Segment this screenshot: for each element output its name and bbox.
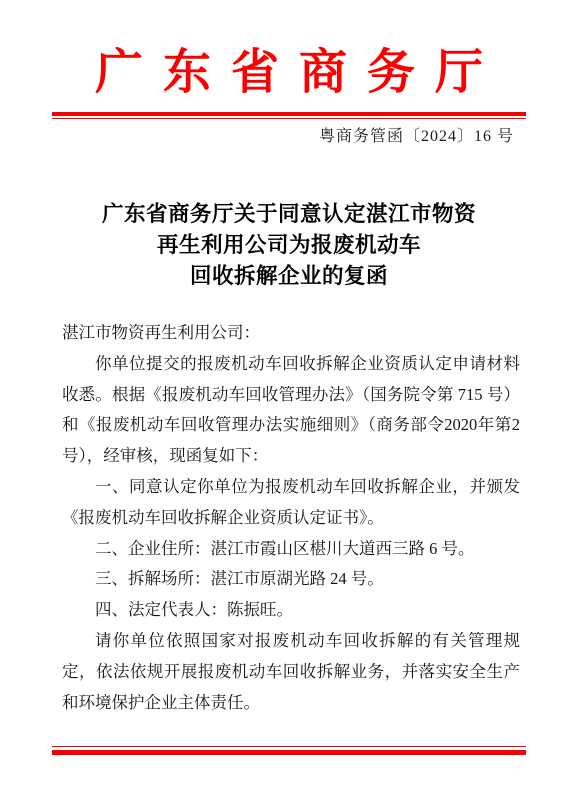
agency-letterhead: 广东省商务厅 [0, 33, 578, 102]
letter-title: 广东省商务厅关于同意认定湛江市物资 再生利用公司为报废机动车 回收拆解企业的复函 [0, 199, 578, 292]
body-paragraph-item-3: 三、拆解场所：湛江市原湖光路 24 号。 [62, 564, 520, 595]
letter-title-line-2: 再生利用公司为报废机动车 [0, 230, 578, 261]
body-paragraph-item-2: 二、企业住所：湛江市霞山区椹川大道西三路 6 号。 [62, 534, 520, 565]
body-paragraph-item-4: 四、法定代表人：陈振旺。 [62, 595, 520, 626]
letter-body: 湛江市物资再生利用公司： 你单位提交的报废机动车回收拆解企业资质认定申请材料收悉… [62, 318, 520, 718]
letterhead-divider [52, 112, 526, 119]
divider-thick-bar [52, 112, 526, 116]
letter-title-line-3: 回收拆解企业的复函 [0, 261, 578, 292]
divider-thick-bar [52, 750, 526, 755]
body-paragraph-closing: 请你单位依照国家对报废机动车回收拆解的有关管理规定，依法依规开展报废机动车回收拆… [62, 626, 520, 718]
document-number: 粤商务管函〔2024〕16 号 [319, 123, 514, 146]
body-paragraph-intro: 你单位提交的报废机动车回收拆解企业资质认定申请材料收悉。根据《报废机动车回收管理… [62, 349, 520, 472]
salutation: 湛江市物资再生利用公司： [62, 318, 520, 349]
official-letter-page: 广东省商务厅 粤商务管函〔2024〕16 号 广东省商务厅关于同意认定湛江市物资… [0, 0, 578, 787]
letter-title-line-1: 广东省商务厅关于同意认定湛江市物资 [0, 199, 578, 230]
divider-thin-bar [52, 118, 526, 119]
footer-divider [52, 746, 526, 755]
body-paragraph-item-1: 一、同意认定你单位为报废机动车回收拆解企业，并颁发《报废机动车回收拆解企业资质认… [62, 472, 520, 534]
divider-thin-bar [52, 746, 526, 747]
